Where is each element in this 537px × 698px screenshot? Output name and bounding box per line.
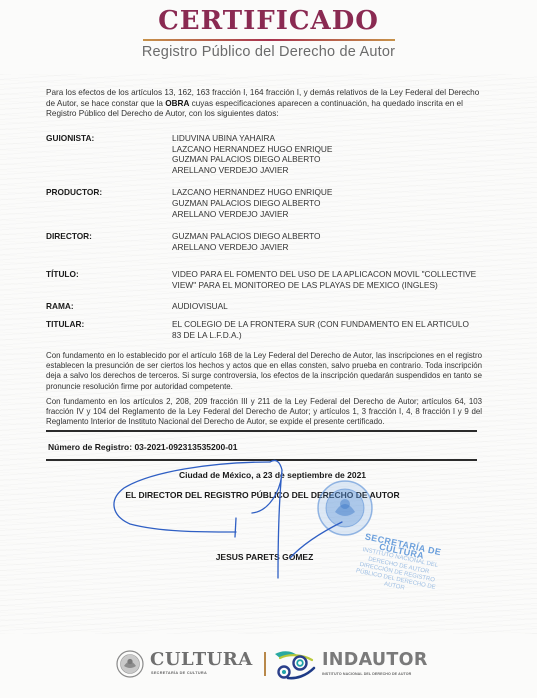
- certificate-subtitle: Registro Público del Derecho de Autor: [0, 44, 537, 60]
- divider-bottom: [46, 459, 477, 461]
- title-underline: [143, 39, 395, 41]
- certificate-title: CERTIFICADO: [0, 6, 537, 36]
- signer-position: EL DIRECTOR DEL REGISTRO PÚBLICO DEL DER…: [0, 490, 531, 500]
- value-line: 83 DE LA L.F.D.A.): [172, 330, 472, 341]
- value-line: ARELLANO VERDEJO JAVIER: [172, 165, 472, 176]
- field-label: DIRECTOR:: [46, 231, 172, 252]
- value-line: ARELLANO VERDEJO JAVIER: [172, 242, 472, 253]
- footer-divider: [264, 652, 266, 676]
- indautor-spiral-icon: [272, 648, 316, 682]
- field-label: TITULAR:: [46, 319, 172, 340]
- registration-value: 03-2021-092313535200-01: [134, 442, 237, 452]
- value-line: LIDUVINA UBINA YAHAIRA: [172, 133, 472, 144]
- field-titulo: TÍTULO: VIDEO PARA EL FOMENTO DEL USO DE…: [46, 269, 486, 290]
- footer-logos: CULTURA SECRETARÍA DE CULTURA INDAUTOR I…: [0, 646, 537, 686]
- field-label: RAMA:: [46, 301, 172, 312]
- value-line: VIDEO PARA EL FOMENTO DEL USO DE LA APLI…: [172, 269, 472, 280]
- indautor-subtitle: INSTITUTO NACIONAL DEL DERECHO DE AUTOR: [322, 672, 411, 676]
- field-value: EL COLEGIO DE LA FRONTERA SUR (CON FUNDA…: [172, 319, 472, 340]
- value-line: GUZMAN PALACIOS DIEGO ALBERTO: [172, 198, 472, 209]
- field-rama: RAMA: AUDIOVISUAL: [46, 301, 486, 312]
- cultura-wordmark: CULTURA: [150, 649, 253, 670]
- field-label: PRODUCTOR:: [46, 187, 172, 219]
- field-director: DIRECTOR: GUZMAN PALACIOS DIEGO ALBERTO …: [46, 231, 486, 252]
- field-productor: PRODUCTOR: LAZCANO HERNANDEZ HUGO ENRIQU…: [46, 187, 486, 219]
- value-line: EL COLEGIO DE LA FRONTERA SUR (CON FUNDA…: [172, 319, 472, 330]
- field-value: LIDUVINA UBINA YAHAIRA LAZCANO HERNANDEZ…: [172, 133, 472, 175]
- value-line: GUZMAN PALACIOS DIEGO ALBERTO: [172, 231, 472, 242]
- field-value: AUDIOVISUAL: [172, 301, 472, 312]
- field-titular: TITULAR: EL COLEGIO DE LA FRONTERA SUR (…: [46, 319, 486, 340]
- value-line: VIEW" PARA EL MONITOREO DE LAS PLAYAS DE…: [172, 280, 472, 291]
- value-line: LAZCANO HERNANDEZ HUGO ENRIQUE: [172, 187, 472, 198]
- cultura-subtitle: SECRETARÍA DE CULTURA: [151, 671, 207, 675]
- work-fields: GUIONISTA: LIDUVINA UBINA YAHAIRA LAZCAN…: [46, 133, 486, 340]
- signer-name: JESUS PARETS GOMEZ: [0, 552, 533, 562]
- value-line: GUZMAN PALACIOS DIEGO ALBERTO: [172, 154, 472, 165]
- value-line: LAZCANO HERNANDEZ HUGO ENRIQUE: [172, 144, 472, 155]
- divider-top: [46, 430, 477, 432]
- institutional-stamp: SECRETARÍA DE CULTURA INSTITUTO NACIONAL…: [340, 530, 458, 602]
- official-seal-icon: [315, 478, 375, 538]
- value-line: AUDIOVISUAL: [172, 301, 472, 312]
- intro-paragraph: Para los efectos de los artículos 13, 16…: [46, 88, 486, 120]
- field-value: VIDEO PARA EL FOMENTO DEL USO DE LA APLI…: [172, 269, 472, 290]
- value-line: ARELLANO VERDEJO JAVIER: [172, 209, 472, 220]
- field-label: GUIONISTA:: [46, 133, 172, 175]
- field-guionista: GUIONISTA: LIDUVINA UBINA YAHAIRA LAZCAN…: [46, 133, 486, 175]
- field-label: TÍTULO:: [46, 269, 172, 290]
- legal-paragraph-2: Con fundamento en los artículos 2, 208, …: [46, 397, 482, 428]
- intro-bold-obra: OBRA: [165, 99, 189, 108]
- certificate-header: CERTIFICADO Registro Público del Derecho…: [0, 6, 537, 60]
- indautor-wordmark: INDAUTOR: [322, 650, 428, 670]
- legal-paragraph-1: Con fundamento en lo establecido por el …: [46, 351, 482, 392]
- registration-label: Número de Registro:: [48, 442, 132, 452]
- place-date: Ciudad de México, a 23 de septiembre de …: [4, 470, 537, 480]
- field-value: GUZMAN PALACIOS DIEGO ALBERTO ARELLANO V…: [172, 231, 472, 252]
- mexico-coat-of-arms-icon: [116, 650, 144, 678]
- field-value: LAZCANO HERNANDEZ HUGO ENRIQUE GUZMAN PA…: [172, 187, 472, 219]
- registration-number: Número de Registro: 03-2021-092313535200…: [48, 442, 238, 452]
